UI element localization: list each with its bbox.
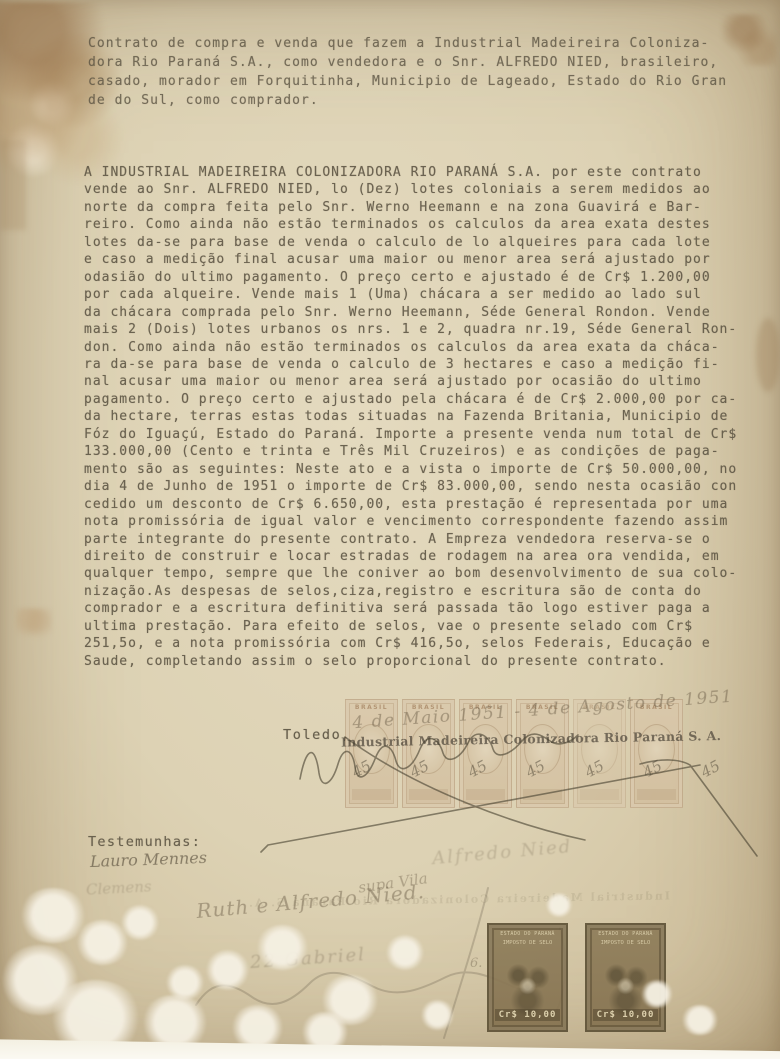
fiscal-stamp: ESTADO DO PARANÁ IMPOSTO DE SELO Cr$ 10,… (585, 923, 666, 1032)
fiscal-stamp-value: Cr$ 10,00 (593, 1009, 658, 1021)
revenue-stamp-value-band (523, 789, 562, 800)
paper-damage-spot (420, 1000, 455, 1030)
paper-damage-spot (680, 1005, 720, 1035)
revenue-stamp: BRASIL (630, 699, 683, 808)
fiscal-stamp-state-label: ESTADO DO PARANÁ (489, 931, 566, 937)
paper-damage-spot (320, 975, 380, 1025)
stamp-cancellation-mark: 45 (407, 757, 432, 782)
revenue-stamp-value-band (637, 789, 676, 800)
page-bottom-edge (0, 1031, 780, 1059)
paper-damage-spot (0, 945, 80, 1015)
paper-damage-spot (140, 995, 210, 1050)
intro-paragraph: Contrato de compra e venda que fazem a I… (88, 34, 756, 110)
stamp-cancellation-mark: 45 (698, 757, 723, 782)
fiscal-stamp-title: IMPOSTO DE SELO (489, 940, 566, 946)
revenue-stamp-value-band (466, 789, 505, 800)
paper-damage-spot (165, 965, 205, 1000)
paper-damage-spot (120, 905, 160, 940)
pencil-note-bottom: 22 Gabriel (249, 944, 366, 973)
revenue-stamp-value-band (352, 789, 391, 800)
paper-damage-spot (205, 950, 250, 990)
witness-signature-2: Clemens (86, 877, 152, 898)
paper-damage-spot (18, 888, 88, 943)
paper-damage-spot (75, 920, 130, 965)
stamp-cancellation-marks: 45 454545454545 (352, 760, 720, 778)
stain-left-edge (0, 140, 26, 230)
witness-signature-1: Lauro Mennes (90, 848, 208, 871)
stamp-cancellation-mark: 45 (581, 757, 606, 782)
fiscal-stamp-title: IMPOSTO DE SELO (587, 940, 664, 946)
fiscal-stamp: ESTADO DO PARANÁ IMPOSTO DE SELO Cr$ 10,… (487, 923, 568, 1032)
stamp-cancellation-mark: 45 (640, 757, 665, 782)
revenue-stamp-value-band (580, 789, 619, 800)
paper-damage-spot (385, 935, 425, 970)
stamp-cancellation-mark: 45 (349, 757, 374, 782)
fiscal-stamp-state-label: ESTADO DO PARANÁ (587, 931, 664, 937)
contract-body-paragraph: A INDUSTRIAL MADEIREIRA COLONIZADORA RIO… (84, 164, 762, 670)
scanned-contract-page: Contrato de compra e venda que fazem a I… (0, 0, 780, 1059)
fiscal-stamp-pair: ESTADO DO PARANÁ IMPOSTO DE SELO Cr$ 10,… (487, 923, 666, 1032)
revenue-stamp-value-band (409, 789, 448, 800)
buyer-signature: Alfredo Nied (431, 836, 573, 869)
witnesses-label: Testemunhas: (88, 834, 201, 850)
stamp-cancellation-mark: 45 (523, 757, 548, 782)
fiscal-stamp-value: Cr$ 10,00 (495, 1009, 560, 1021)
stamp-cancellation-mark: 45 (465, 757, 490, 782)
stain-left-middle (16, 608, 52, 640)
pencil-note-number: 6. (470, 956, 482, 971)
